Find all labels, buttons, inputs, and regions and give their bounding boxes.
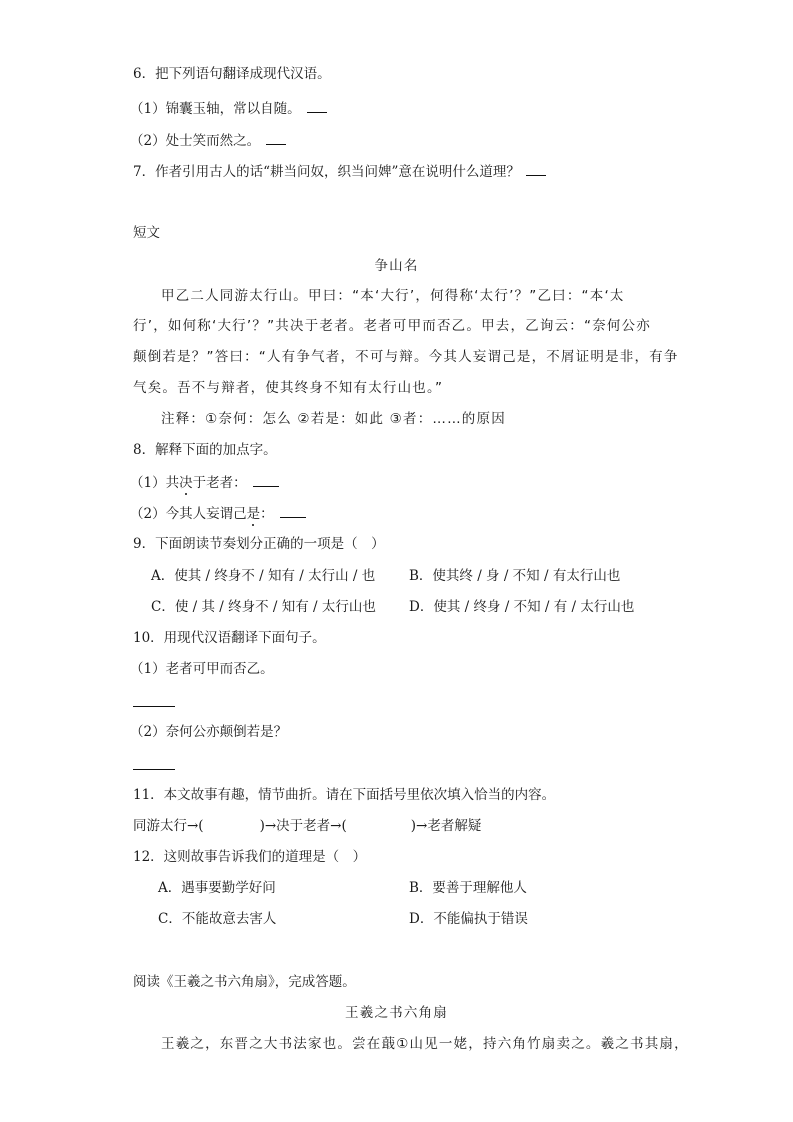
question-12-option-c[interactable]: C．不能故意去害人 [158, 909, 276, 929]
answer-line[interactable] [133, 769, 175, 770]
question-6-item-2: （2）处士笑而然之。 [130, 130, 286, 151]
section-label-reading: 阅读《王羲之书六角扇》，完成答题。 [133, 972, 356, 992]
question-7-title: 7．作者引用古人的话“耕当问奴，织当问婢”意在说明什么道理？ [133, 164, 520, 180]
question-12-option-b[interactable]: B．要善于理解他人 [409, 878, 527, 898]
passage-line-1: 甲乙二人同游太行山。甲曰：“本‘大行’，何得称‘太行’？”乙曰：“本‘太 [161, 286, 625, 306]
passage-line-3: 颠倒若是？”答曰：“人有争气者，不可与辩。今其人妄谓己是，不屑证明是非，有争 [133, 347, 679, 367]
answer-line[interactable] [133, 706, 175, 707]
flow-mid: )→决于老者→( [260, 818, 347, 834]
answer-blank[interactable] [280, 503, 306, 518]
question-12-option-a[interactable]: A．遇事要勤学好问 [158, 878, 276, 898]
answer-blank[interactable] [266, 130, 286, 145]
question-10-item-2: （2）奈何公亦颠倒若是？ [130, 722, 287, 742]
question-9-option-d[interactable]: D．使其 / 终身 / 不知 / 有 / 太行山也 [409, 597, 634, 617]
passage-title: 争山名 [0, 256, 793, 276]
dotted-character: 是 [247, 506, 261, 522]
question-12-option-d[interactable]: D．不能偏执于错误 [409, 909, 528, 929]
question-8-item-2-suffix: ： [260, 506, 274, 522]
question-9-title: 9．下面朗读节奏划分正确的一项是（ ） [133, 534, 385, 554]
question-8-item-2: （2）今其人妄谓己是： [130, 503, 306, 524]
passage-note: 注释：①奈何：怎么 ②若是：如此 ③者：……的原因 [161, 409, 506, 429]
question-6-item-2-text: （2）处士笑而然之。 [130, 133, 260, 149]
question-11-title: 11．本文故事有趣，情节曲折。请在下面括号里依次填入恰当的内容。 [133, 785, 555, 805]
flow-end: )→老者解疑 [411, 818, 482, 834]
question-6-title: 6．把下列语句翻译成现代汉语。 [133, 64, 331, 84]
passage-line-4: 气矣。吾不与辩者，使其终身不知有太行山也。” [133, 378, 443, 398]
question-8-item-1: （1）共决于老者： [130, 472, 279, 493]
section-label-short-text: 短文 [133, 223, 160, 243]
question-9-option-b[interactable]: B．使其终 / 身 / 不知 / 有太行山也 [409, 566, 620, 586]
question-8-item-1-suffix: 于老者： [193, 475, 247, 491]
answer-blank[interactable] [526, 161, 546, 176]
question-10-item-1: （1）老者可甲而否乙。 [130, 659, 274, 679]
question-8-item-2-prefix: （2）今其人妄谓己 [130, 506, 247, 522]
question-8-item-1-prefix: （1）共 [130, 475, 179, 491]
flow-start: 同游太行→( [133, 818, 204, 834]
passage-2-title: 王羲之书六角扇 [0, 1003, 793, 1023]
dotted-character: 决 [179, 475, 193, 491]
answer-blank[interactable] [307, 98, 327, 113]
passage-2-line-1: 王羲之，东晋之大书法家也。尝在蕺①山见一姥，持六角竹扇卖之。羲之书其扇， [161, 1034, 689, 1054]
question-11-flow: 同游太行→()→决于老者→()→老者解疑 [133, 816, 481, 836]
question-7: 7．作者引用古人的话“耕当问奴，织当问婢”意在说明什么道理？ [133, 161, 546, 182]
question-9-option-c[interactable]: C．使 / 其 / 终身不 / 知有 / 太行山也 [151, 597, 376, 617]
question-8-title: 8．解释下面的加点字。 [133, 440, 277, 460]
question-6-item-1-text: （1）锦囊玉轴，常以自随。 [130, 101, 301, 117]
passage-line-2: 行’，如何称‘大行’？”共决于老者。老者可甲而否乙。甲去，乙询云：“奈何公亦 [133, 316, 651, 336]
question-6-item-1: （1）锦囊玉轴，常以自随。 [130, 98, 327, 119]
question-12-title: 12．这则故事告诉我们的道理是（ ） [133, 847, 366, 867]
question-10-title: 10．用现代汉语翻译下面句子。 [133, 628, 326, 648]
question-9-option-a[interactable]: A．使其 / 终身不 / 知有 / 太行山 / 也 [151, 566, 375, 586]
answer-blank[interactable] [253, 472, 279, 487]
